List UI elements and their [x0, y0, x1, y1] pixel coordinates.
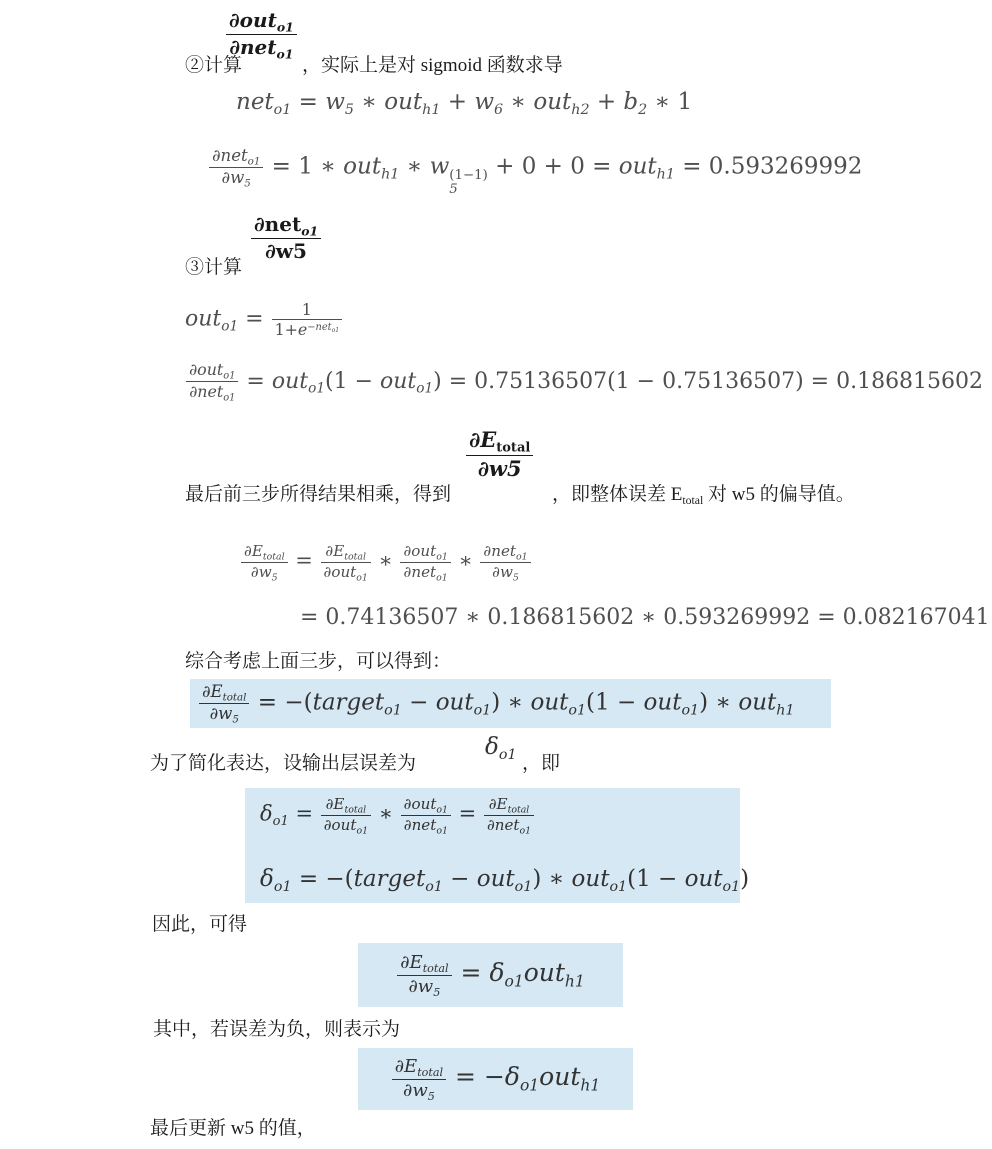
formula-dE-dw5-fraction: ∂Etotal∂w5	[465, 427, 534, 481]
formula-dE-dw5-delta: ∂Etotal∂w5 = δo1outh1	[396, 952, 585, 997]
formula-dE-dw5-expanded: ∂Etotal∂w5 = −(targeto1 − outo1) ∗ outo1…	[190, 682, 795, 725]
step2-suffix-label: ，实际上是对 sigmoid 函数求导	[302, 54, 563, 78]
formula-delta-expanded: δo1 = −(targeto1 − outo1) ∗ outo1(1 − ou…	[260, 865, 749, 894]
formula-dE-dw5-negative-delta: ∂Etotal∂w5 = −δo1outh1	[391, 1056, 600, 1101]
formula-chain-rule: ∂Etotal∂w5 = ∂Etotal∂outo1 ∗ ∂outo1∂neto…	[240, 542, 532, 582]
therefore-label: 因此，可得	[152, 913, 247, 937]
highlight-dE-dw5-negative-delta: ∂Etotal∂w5 = −δo1outh1	[358, 1048, 633, 1110]
simplify-suffix-label: ，即	[522, 752, 560, 776]
formula-delta-o1: δo1	[485, 733, 517, 762]
highlight-dE-dw5-expanded: ∂Etotal∂w5 = −(targeto1 − outo1) ∗ outo1…	[190, 679, 831, 728]
formula-dout-dnet-derivation: ∂outo1∂neto1 = outo1(1 − outo1) = 0.7513…	[185, 360, 983, 404]
formula-dnet-dw5-fraction: ∂neto1∂w5	[250, 212, 322, 263]
update-label: 最后更新 w5 的值，	[150, 1117, 316, 1141]
multiply-suffix-label: ，即整体误差 Etotal 对 w5 的偏导值。	[552, 483, 855, 507]
formula-out-o1-sigmoid: outo1 = 11+e−neto1	[185, 300, 343, 339]
highlight-dE-dw5-delta: ∂Etotal∂w5 = δo1outh1	[358, 943, 623, 1007]
formula-dnet-dw5-derivation: ∂neto1∂w5 = 1 ∗ outh1 ∗ w(1−1)5 + 0 + 0 …	[208, 146, 862, 197]
step3-prefix-label: ③计算	[185, 256, 242, 280]
combine-label: 综合考虑上面三步，可以得到：	[185, 650, 451, 674]
formula-delta-def: δo1 = ∂Etotal∂outo1 ∗ ∂outo1∂neto1 = ∂Et…	[260, 795, 535, 835]
document-page: { "page": { "background": "#ffffff", "hi…	[0, 0, 992, 1149]
negative-label: 其中，若误差为负，则表示为	[153, 1018, 400, 1042]
formula-chain-values: = 0.74136507 ∗ 0.186815602 ∗ 0.593269992…	[300, 604, 990, 632]
simplify-prefix-label: 为了简化表达，设输出层误差为	[150, 752, 416, 776]
multiply-prefix-label: 最后前三步所得结果相乘，得到	[185, 483, 451, 507]
formula-dout-dnet-fraction: ∂outo1∂neto1	[225, 8, 298, 60]
formula-net-o1: neto1 = w5 ∗ outh1 + w6 ∗ outh2 + b2 ∗ 1	[236, 88, 692, 117]
highlight-delta-definition: δo1 = ∂Etotal∂outo1 ∗ ∂outo1∂neto1 = ∂Et…	[245, 788, 740, 903]
step2-prefix-label: ②计算	[185, 54, 242, 78]
